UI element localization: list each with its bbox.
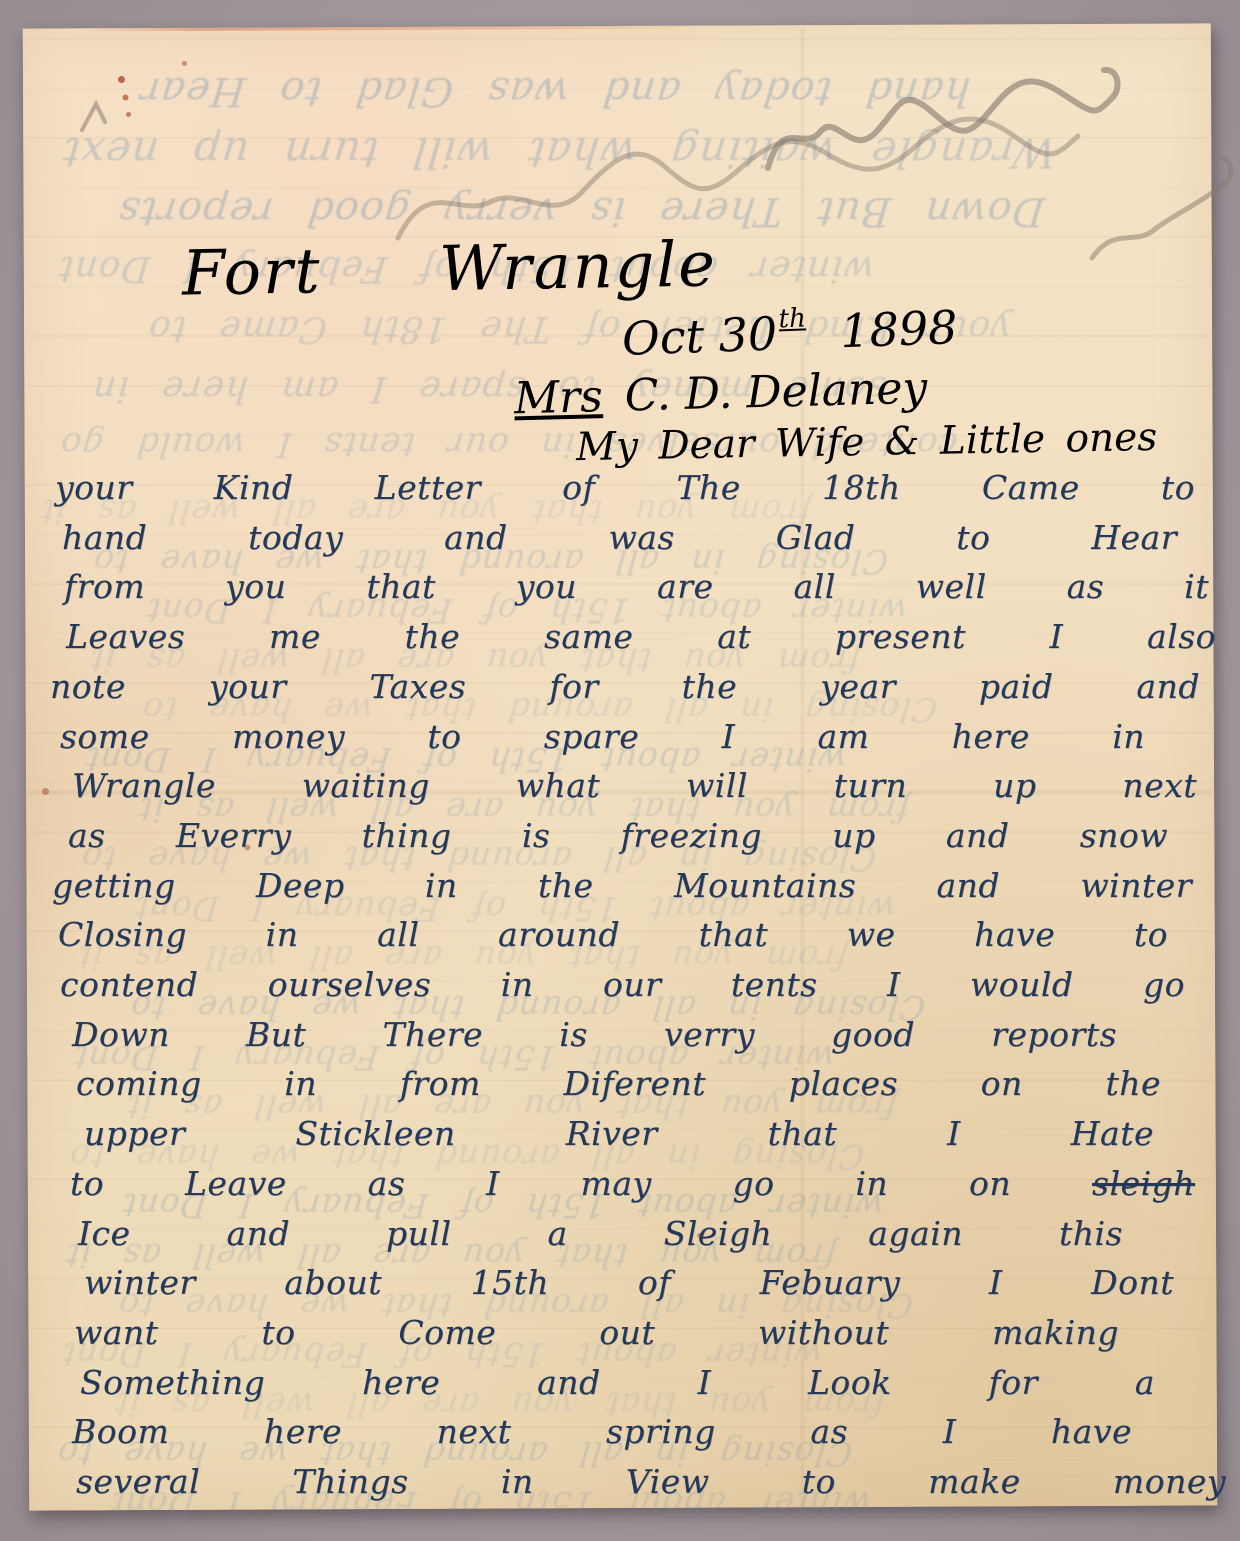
letter-line-text: contend ourselves in our tents I would g… bbox=[60, 965, 1185, 1004]
letter-line: getting Deep in the Mountains and winter bbox=[52, 866, 1192, 905]
letter-line: contend ourselves in our tents I would g… bbox=[60, 965, 1185, 1004]
letter-line-text: Something here and I Look for a bbox=[80, 1363, 1155, 1402]
letter-line: upper Stickleen River that I Hate bbox=[84, 1114, 1154, 1153]
letter-line-text: Leaves me the same at present I also bbox=[66, 617, 1216, 656]
letter-line: from you that you are all well as it bbox=[64, 567, 1209, 606]
letter-line: to Leave as I may go in on sleigh bbox=[70, 1164, 1195, 1203]
letter-line-text: to Leave as I may go in on bbox=[70, 1164, 1092, 1203]
letter-line-text: Ice and pull a Sleigh again this bbox=[78, 1214, 1123, 1253]
letter-line: Ice and pull a Sleigh again this bbox=[78, 1214, 1123, 1253]
letter-line-text: getting Deep in the Mountains and winter bbox=[52, 866, 1192, 905]
scanned-letter-page: hand today and was Glad to HearWrangle w… bbox=[0, 0, 1240, 1541]
struck-word: sleigh bbox=[1092, 1164, 1195, 1203]
letter-line-text: your Kind Letter of The 18th Came to bbox=[55, 468, 1195, 507]
letter-line: Leaves me the same at present I also bbox=[66, 617, 1216, 656]
letter-line: as Everry thing is freezing up and snow bbox=[68, 816, 1168, 855]
letter-line-text: Closing in all around that we have to bbox=[58, 915, 1168, 954]
letter-line: Boom here next spring as I have bbox=[72, 1412, 1132, 1451]
letter-line-text: Boom here next spring as I have bbox=[72, 1412, 1132, 1451]
letter-line-text: note your Taxes for the year paid and bbox=[50, 667, 1200, 706]
letter-line: Wrangle waiting what will turn up next bbox=[72, 766, 1197, 805]
letter-line: winter about 15th of Febuary I Dont bbox=[84, 1263, 1174, 1302]
letter-line-text: hand today and was Glad to Hear bbox=[62, 518, 1177, 557]
letter-line-text: several Things in View to make money bbox=[76, 1462, 1226, 1501]
letter-line: coming in from Diferent places on the bbox=[76, 1064, 1161, 1103]
letter-line: hand today and was Glad to Hear bbox=[62, 518, 1177, 557]
letter-line: some money to spare I am here in bbox=[60, 717, 1145, 756]
letter-line: want to Come out without making bbox=[74, 1313, 1119, 1352]
letter-line: Closing in all around that we have to bbox=[58, 915, 1168, 954]
letter-line-text: Wrangle waiting what will turn up next bbox=[72, 766, 1197, 805]
letter-line: note your Taxes for the year paid and bbox=[50, 667, 1200, 706]
letter-line-text: as Everry thing is freezing up and snow bbox=[68, 816, 1168, 855]
letter-body: your Kind Letter of The 18th Came tohand… bbox=[0, 0, 1240, 1541]
letter-line-text: from you that you are all well as it bbox=[64, 567, 1209, 606]
letter-line: your Kind Letter of The 18th Came to bbox=[55, 468, 1195, 507]
letter-line-text: coming in from Diferent places on the bbox=[76, 1064, 1161, 1103]
letter-line-text: some money to spare I am here in bbox=[60, 717, 1145, 756]
letter-line-text: want to Come out without making bbox=[74, 1313, 1119, 1352]
letter-line: Down But There is verry good reports bbox=[72, 1015, 1117, 1054]
letter-line-text: winter about 15th of Febuary I Dont bbox=[84, 1263, 1174, 1302]
letter-line: several Things in View to make money bbox=[76, 1462, 1226, 1501]
letter-line: Something here and I Look for a bbox=[80, 1363, 1155, 1402]
letter-line-text: Down But There is verry good reports bbox=[72, 1015, 1117, 1054]
letter-line-text: upper Stickleen River that I Hate bbox=[84, 1114, 1154, 1153]
